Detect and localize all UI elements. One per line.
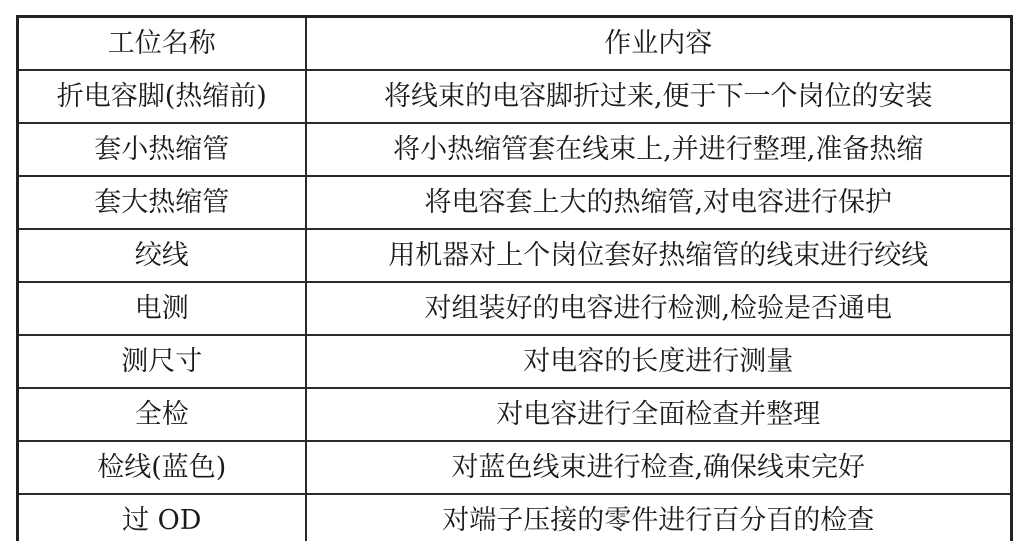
table-row: 全检 对电容进行全面检查并整理 — [18, 388, 1012, 441]
work-content-cell: 对电容进行全面检查并整理 — [306, 388, 1012, 441]
table-header-row: 工位名称 作业内容 — [18, 17, 1012, 71]
station-name-cell: 全检 — [18, 388, 306, 441]
header-station-name: 工位名称 — [18, 17, 306, 71]
station-name-cell: 电测 — [18, 282, 306, 335]
work-content-cell: 对蓝色线束进行检查,确保线束完好 — [306, 441, 1012, 494]
work-content-cell: 将线束的电容脚折过来,便于下一个岗位的安装 — [306, 70, 1012, 123]
table-row: 电测 对组装好的电容进行检测,检验是否通电 — [18, 282, 1012, 335]
table-row: 检线(蓝色) 对蓝色线束进行检查,确保线束完好 — [18, 441, 1012, 494]
header-work-content: 作业内容 — [306, 17, 1012, 71]
workstation-table-container: 工位名称 作业内容 折电容脚(热缩前) 将线束的电容脚折过来,便于下一个岗位的安… — [16, 15, 1010, 525]
station-name-cell: 过 OD — [18, 494, 306, 541]
work-content-cell: 对电容的长度进行测量 — [306, 335, 1012, 388]
table-row: 套小热缩管 将小热缩管套在线束上,并进行整理,准备热缩 — [18, 123, 1012, 176]
work-content-cell: 将电容套上大的热缩管,对电容进行保护 — [306, 176, 1012, 229]
work-content-cell: 对组装好的电容进行检测,检验是否通电 — [306, 282, 1012, 335]
table-row: 折电容脚(热缩前) 将线束的电容脚折过来,便于下一个岗位的安装 — [18, 70, 1012, 123]
table-row: 绞线 用机器对上个岗位套好热缩管的线束进行绞线 — [18, 229, 1012, 282]
station-name-cell: 套小热缩管 — [18, 123, 306, 176]
station-name-cell: 折电容脚(热缩前) — [18, 70, 306, 123]
station-name-cell: 检线(蓝色) — [18, 441, 306, 494]
station-name-cell: 测尺寸 — [18, 335, 306, 388]
workstation-table: 工位名称 作业内容 折电容脚(热缩前) 将线束的电容脚折过来,便于下一个岗位的安… — [16, 15, 1013, 541]
table-row: 测尺寸 对电容的长度进行测量 — [18, 335, 1012, 388]
station-name-cell: 套大热缩管 — [18, 176, 306, 229]
table-row: 套大热缩管 将电容套上大的热缩管,对电容进行保护 — [18, 176, 1012, 229]
work-content-cell: 用机器对上个岗位套好热缩管的线束进行绞线 — [306, 229, 1012, 282]
work-content-cell: 将小热缩管套在线束上,并进行整理,准备热缩 — [306, 123, 1012, 176]
work-content-cell: 对端子压接的零件进行百分百的检查 — [306, 494, 1012, 541]
table-row: 过 OD 对端子压接的零件进行百分百的检查 — [18, 494, 1012, 541]
station-name-cell: 绞线 — [18, 229, 306, 282]
